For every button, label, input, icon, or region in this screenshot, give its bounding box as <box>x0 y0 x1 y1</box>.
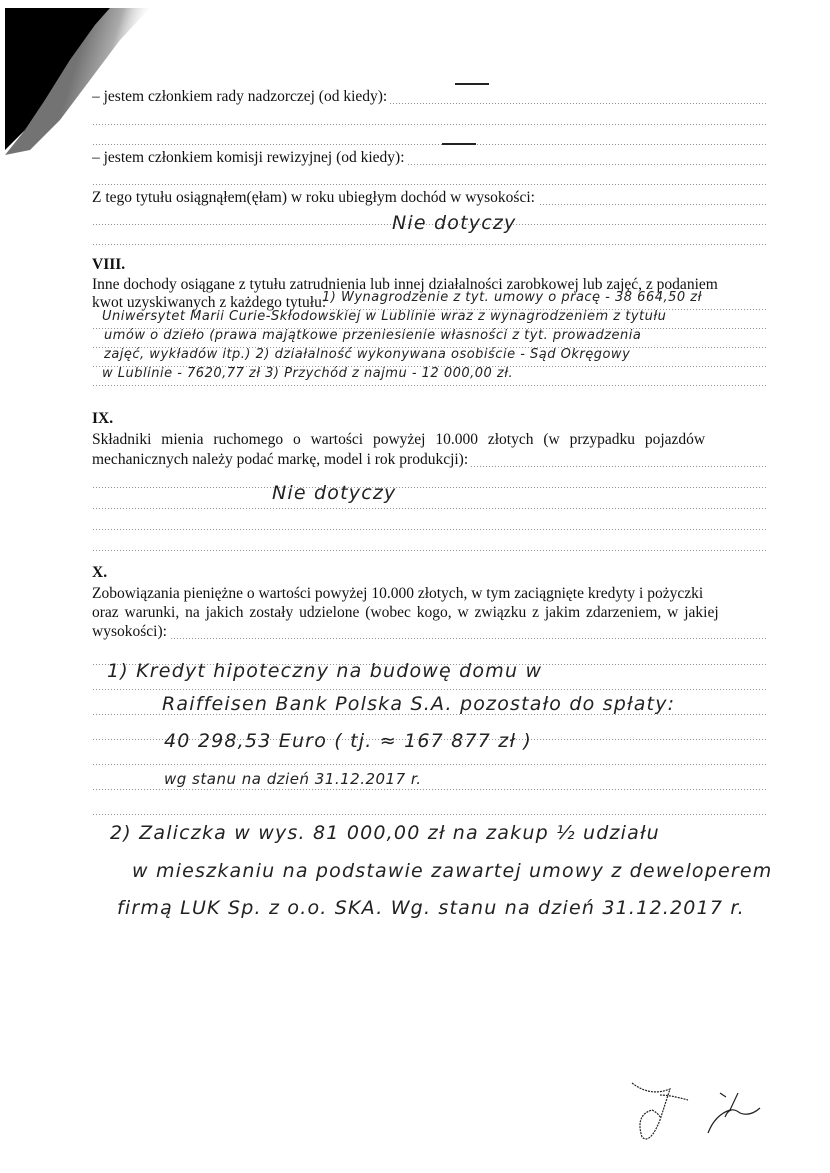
x-item1-line-2: Raiffeisen Bank Polska S.A. pozostało do… <box>162 693 675 715</box>
income-answer-handwritten: Nie dotyczy <box>392 212 516 234</box>
section-x-prompt-line2: oraz warunki, na jakich zostały udzielon… <box>92 603 767 623</box>
supervisory-board-answer-dash <box>455 83 489 85</box>
blank-line <box>92 798 767 818</box>
x-item1-line-4: wg stanu na dzień 31.12.2017 r. <box>164 770 421 788</box>
section-x-prompt-line3: wysokości): <box>92 622 767 642</box>
blank-line <box>92 128 767 148</box>
blank-line <box>92 168 767 188</box>
viii-handwritten-line-5: w Lublinie - 7620,77 zł 3) Przychód z na… <box>102 366 513 381</box>
audit-committee-answer-dash <box>442 143 476 145</box>
income-field: Z tego tytułu osiągnąłem(ęłam) w roku ub… <box>92 188 767 208</box>
viii-handwritten-line-2: Uniwersytet Marii Curie-Skłodowskiej w L… <box>102 309 666 324</box>
supervisory-board-field: – jestem członkiem rady nadzorczej (od k… <box>92 87 767 107</box>
blank-line <box>92 492 767 512</box>
viii-handwritten-line-4: zajęć, wykładów itp.) 2) działalność wyk… <box>104 347 630 362</box>
viii-handwritten-line-1: 1) Wynagrodzenie z tyt. umowy o pracę - … <box>322 290 702 305</box>
x-item2-line-1: 2) Zaliczka w wys. 81 000,00 zł na zakup… <box>110 822 660 844</box>
section-viii-heading: VIII. <box>92 256 125 274</box>
x-item1-line-3: 40 298,53 Euro ( tj. ≈ 167 877 zł ) <box>164 730 532 752</box>
blank-line <box>92 108 767 128</box>
x-item2-line-2: w mieszkaniu na podstawie zawartej umowy… <box>132 860 773 882</box>
section-ix-prompt: Składniki mienia ruchomego o wartości po… <box>92 430 767 450</box>
section-ix-heading: IX. <box>92 410 113 428</box>
audit-committee-field: – jestem członkiem komisji rewizyjnej (o… <box>92 148 767 168</box>
x-item1-line-1: 1) Kredyt hipoteczny na budowę domu w <box>107 660 542 682</box>
blank-line <box>92 534 767 554</box>
signature-mark <box>630 1075 770 1145</box>
section-ix-prompt-line2: mechanicznych należy podać markę, model … <box>92 450 767 470</box>
blank-line <box>92 513 767 533</box>
x-item2-line-3: firmą LUK Sp. z o.o. SKA. Wg. stanu na d… <box>117 897 745 919</box>
ix-answer-handwritten: Nie dotyczy <box>272 482 396 504</box>
section-x-heading: X. <box>92 564 107 582</box>
viii-handwritten-line-3: umów o dzieło (prawa majątkowe przeniesi… <box>104 328 641 343</box>
blank-line <box>92 471 767 491</box>
section-x-prompt: Zobowiązania pieniężne o wartości powyże… <box>92 584 767 604</box>
